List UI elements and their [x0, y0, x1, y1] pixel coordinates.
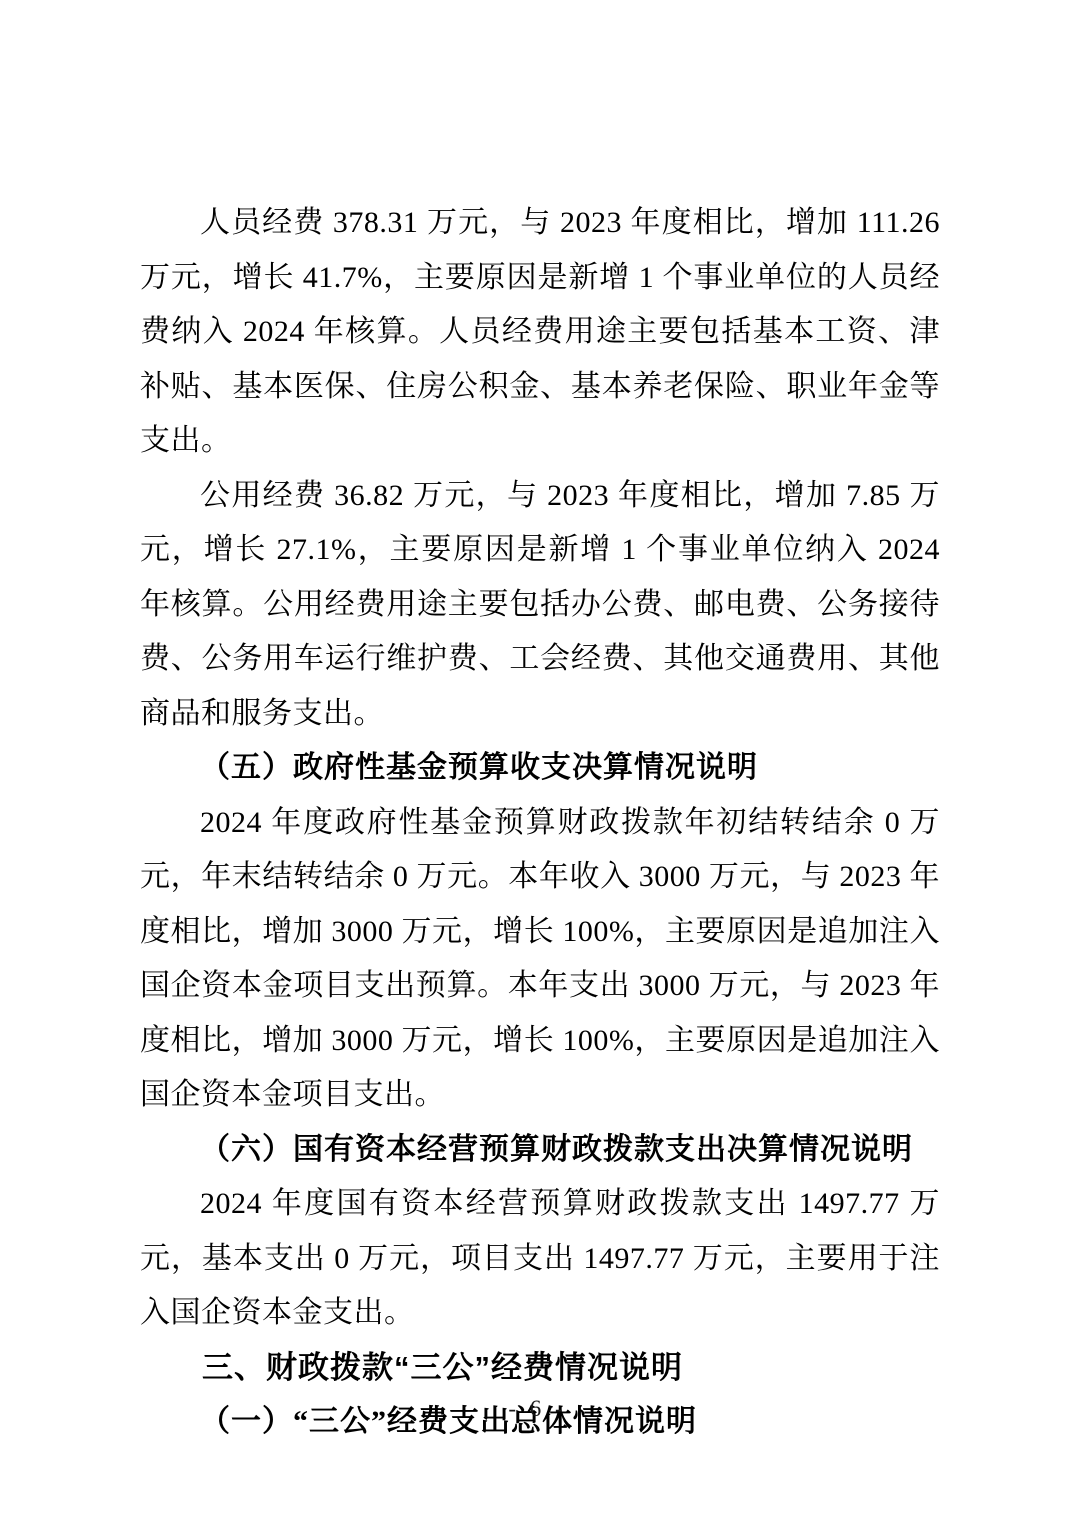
paragraph-personnel-funds: 人员经费 378.31 万元，与 2023 年度相比，增加 111.26 万元，…	[140, 196, 940, 469]
paragraph-public-funds: 公用经费 36.82 万元，与 2023 年度相比，增加 7.85 万元，增长 …	[140, 469, 940, 742]
paragraph-government-fund-budget-details: 2024 年度政府性基金预算财政拨款年初结转结余 0 万元，年末结转结余 0 万…	[140, 796, 940, 1123]
heading-chapter-3-three-public-expenses: 三、财政拨款“三公”经费情况说明	[140, 1341, 940, 1396]
document-page: 人员经费 378.31 万元，与 2023 年度相比，增加 111.26 万元，…	[0, 0, 1075, 1520]
heading-section-6-state-capital-budget: （六）国有资本经营预算财政拨款支出决算情况说明	[140, 1123, 940, 1178]
page-number: - 6 -	[0, 1396, 1075, 1422]
paragraph-state-capital-budget-details: 2024 年度国有资本经营预算财政拨款支出 1497.77 万元，基本支出 0 …	[140, 1177, 940, 1341]
document-body: 人员经费 378.31 万元，与 2023 年度相比，增加 111.26 万元，…	[140, 196, 940, 1450]
heading-section-5-government-fund-budget: （五）政府性基金预算收支决算情况说明	[140, 741, 940, 796]
